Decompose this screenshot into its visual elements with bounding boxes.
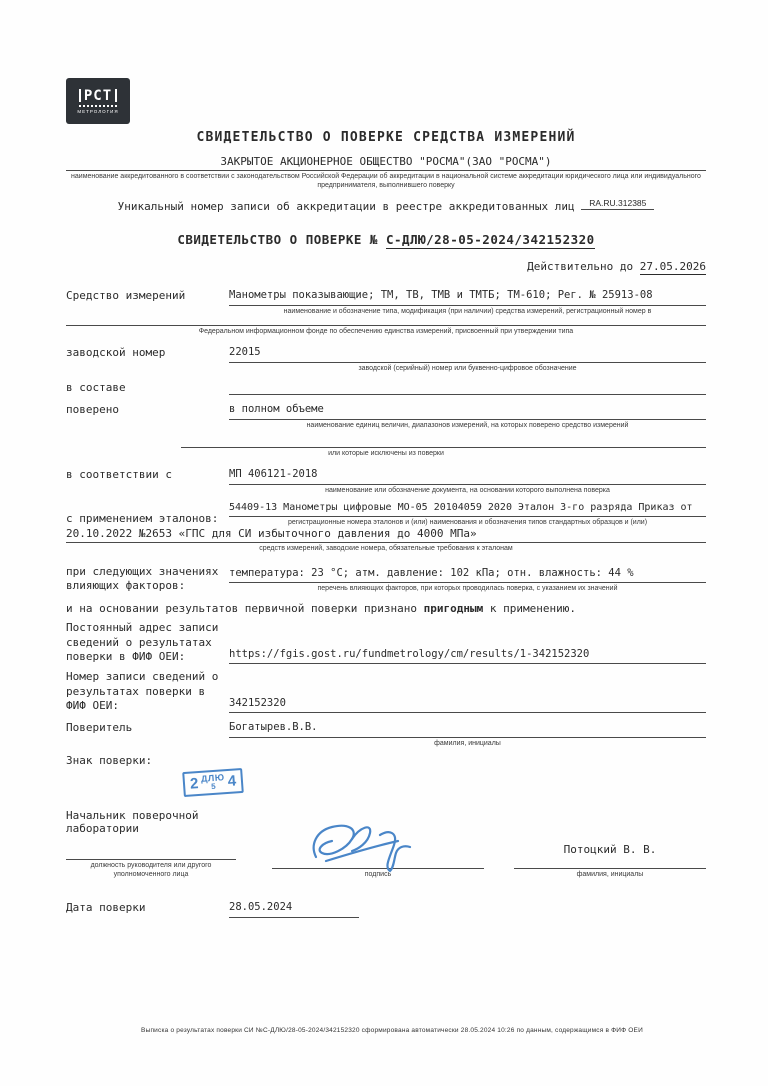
instrument-row: Средство измерений Манометры показывающи… [66,289,706,316]
composition-label: в составе [66,381,229,395]
stamp-left-digit: 2 [190,776,199,792]
standards-caption-1: регистрационные номера эталонов и (или) … [229,517,706,527]
valid-until-date: 27.05.2026 [640,260,706,275]
head-position-label: Начальник поверочной лаборатории [66,809,236,851]
standards-row: с применением эталонов: 54409-13 Маномет… [66,501,706,527]
stamp-bottom-digit: 5 [211,783,216,791]
fif-record-row: Номер записи сведений о результатах пове… [66,670,706,713]
serial-caption: заводской (серийный) номер или буквенно-… [229,363,706,373]
method-label: в соответствии с [66,468,229,495]
mark-row: Знак поверки: [66,754,706,768]
fif-record-label: Номер записи сведений о результатах пове… [66,670,229,713]
verification-certificate-page: РСТ МЕТРОЛОГИЯ СВИДЕТЕЛЬСТВО О ПОВЕРКЕ С… [0,0,768,1086]
valid-until-line: Действительно до 27.05.2026 [66,260,706,273]
standards-value-1: 54409-13 Манометры цифровые МО-05 201040… [229,501,706,517]
verified-label: поверено [66,403,229,430]
document-title: СВИДЕТЕЛЬСТВО О ПОВЕРКЕ СРЕДСТВА ИЗМЕРЕН… [66,130,706,145]
fif-record-value: 342152320 [229,697,706,714]
organization-name: ЗАКРЫТОЕ АКЦИОНЕРНОЕ ОБЩЕСТВО "РОСМА"(ЗА… [66,155,706,171]
mark-label: Знак поверки: [66,754,229,768]
serial-value: 22015 [229,346,706,363]
verifier-caption: фамилия, инициалы [229,738,706,748]
verified-caption-2: или которые исключены из поверки [66,448,706,458]
conclusion-paragraph: и на основании результатов первичной пов… [66,602,706,615]
verified-excluded-line [181,438,706,448]
verified-caption-1: наименование единиц величин, диапазонов … [229,420,706,430]
head-name: Потоцкий В. В. [514,843,706,860]
standards-label: с применением эталонов: [66,512,229,526]
accreditation-number: RA.RU.312385 [581,198,654,210]
instrument-value: Манометры показывающие; ТМ, ТВ, ТМВ и ТМ… [229,289,706,306]
logo-bar-left [79,89,81,102]
organization-caption: наименование аккредитованного в соответс… [66,171,706,190]
valid-until-label: Действительно до [527,260,633,273]
factors-value: температура: 23 °C; атм. давление: 102 к… [229,567,706,584]
method-caption: наименование или обозначение документа, … [229,485,706,495]
fif-address-value: https://fgis.gost.ru/fundmetrology/cm/re… [229,648,706,665]
standards-value-2: 20.10.2022 №2653 «ГПС для СИ избыточного… [66,527,706,543]
verified-value: в полном объеме [229,403,706,420]
method-row: в соответствии с МП 406121-2018 наименов… [66,468,706,495]
date-row: Дата поверки 28.05.2024 [66,901,706,918]
name-caption: фамилия, инициалы [514,869,706,879]
name-line [514,860,706,869]
handwritten-signature [302,817,432,875]
standards-caption-2: средств измерений, заводские номера, обя… [66,543,706,553]
instrument-continuation-line [66,316,706,326]
method-value: МП 406121-2018 [229,468,706,485]
position-line [66,851,236,860]
serial-label: заводской номер [66,346,229,373]
serial-row: заводской номер 22015 заводской (серийны… [66,346,706,373]
factors-caption: перечень влияющих факторов, при которых … [229,583,706,593]
date-value: 28.05.2024 [229,901,359,918]
instrument-label: Средство измерений [66,289,229,316]
factors-label: при следующих значениях влияющих факторо… [66,565,229,594]
logo-rst-text: РСТ [79,89,117,107]
accreditation-line: Уникальный номер записи об аккредитации … [66,200,706,214]
composition-value [229,381,706,395]
instrument-caption-2: Федеральном информационном фонде по обес… [66,326,706,336]
certificate-number-line: СВИДЕТЕЛЬСТВО О ПОВЕРКЕ № С-ДЛЮ/28-05-20… [66,232,706,247]
verifier-label: Поверитель [66,721,229,748]
fif-address-row: Постоянный адрес записи сведений о резул… [66,621,706,664]
verification-stamp: 2 ДЛЮ 5 4 [182,768,244,797]
stamp-right-digit: 4 [227,774,236,790]
signature-section: Начальник поверочной лаборатории должнос… [66,809,706,879]
rst-metrology-logo: РСТ МЕТРОЛОГИЯ [66,78,130,124]
certificate-number: С-ДЛЮ/28-05-2024/342152320 [386,232,595,249]
factors-row: при следующих значениях влияющих факторо… [66,565,706,594]
fif-address-label: Постоянный адрес записи сведений о резул… [66,621,229,664]
logo-subtitle: МЕТРОЛОГИЯ [77,109,118,114]
verified-row: поверено в полном объеме наименование ед… [66,403,706,430]
composition-row: в составе [66,381,706,395]
conclusion-fit-word: пригодным [424,602,484,615]
date-label: Дата поверки [66,901,229,918]
accreditation-label: Уникальный номер записи об аккредитации … [118,200,575,213]
footer-note: Выписка о результатах поверки СИ №С-ДЛЮ/… [56,1027,728,1034]
certificate-label: СВИДЕТЕЛЬСТВО О ПОВЕРКЕ № [177,232,378,247]
verifier-row: Поверитель Богатырев.В.В. фамилия, иници… [66,721,706,748]
logo-bar-right [115,89,117,102]
position-caption: должность руководителя или другого уполн… [66,860,236,879]
verifier-value: Богатырев.В.В. [229,721,706,738]
instrument-caption-1: наименование и обозначение типа, модифик… [229,306,706,316]
